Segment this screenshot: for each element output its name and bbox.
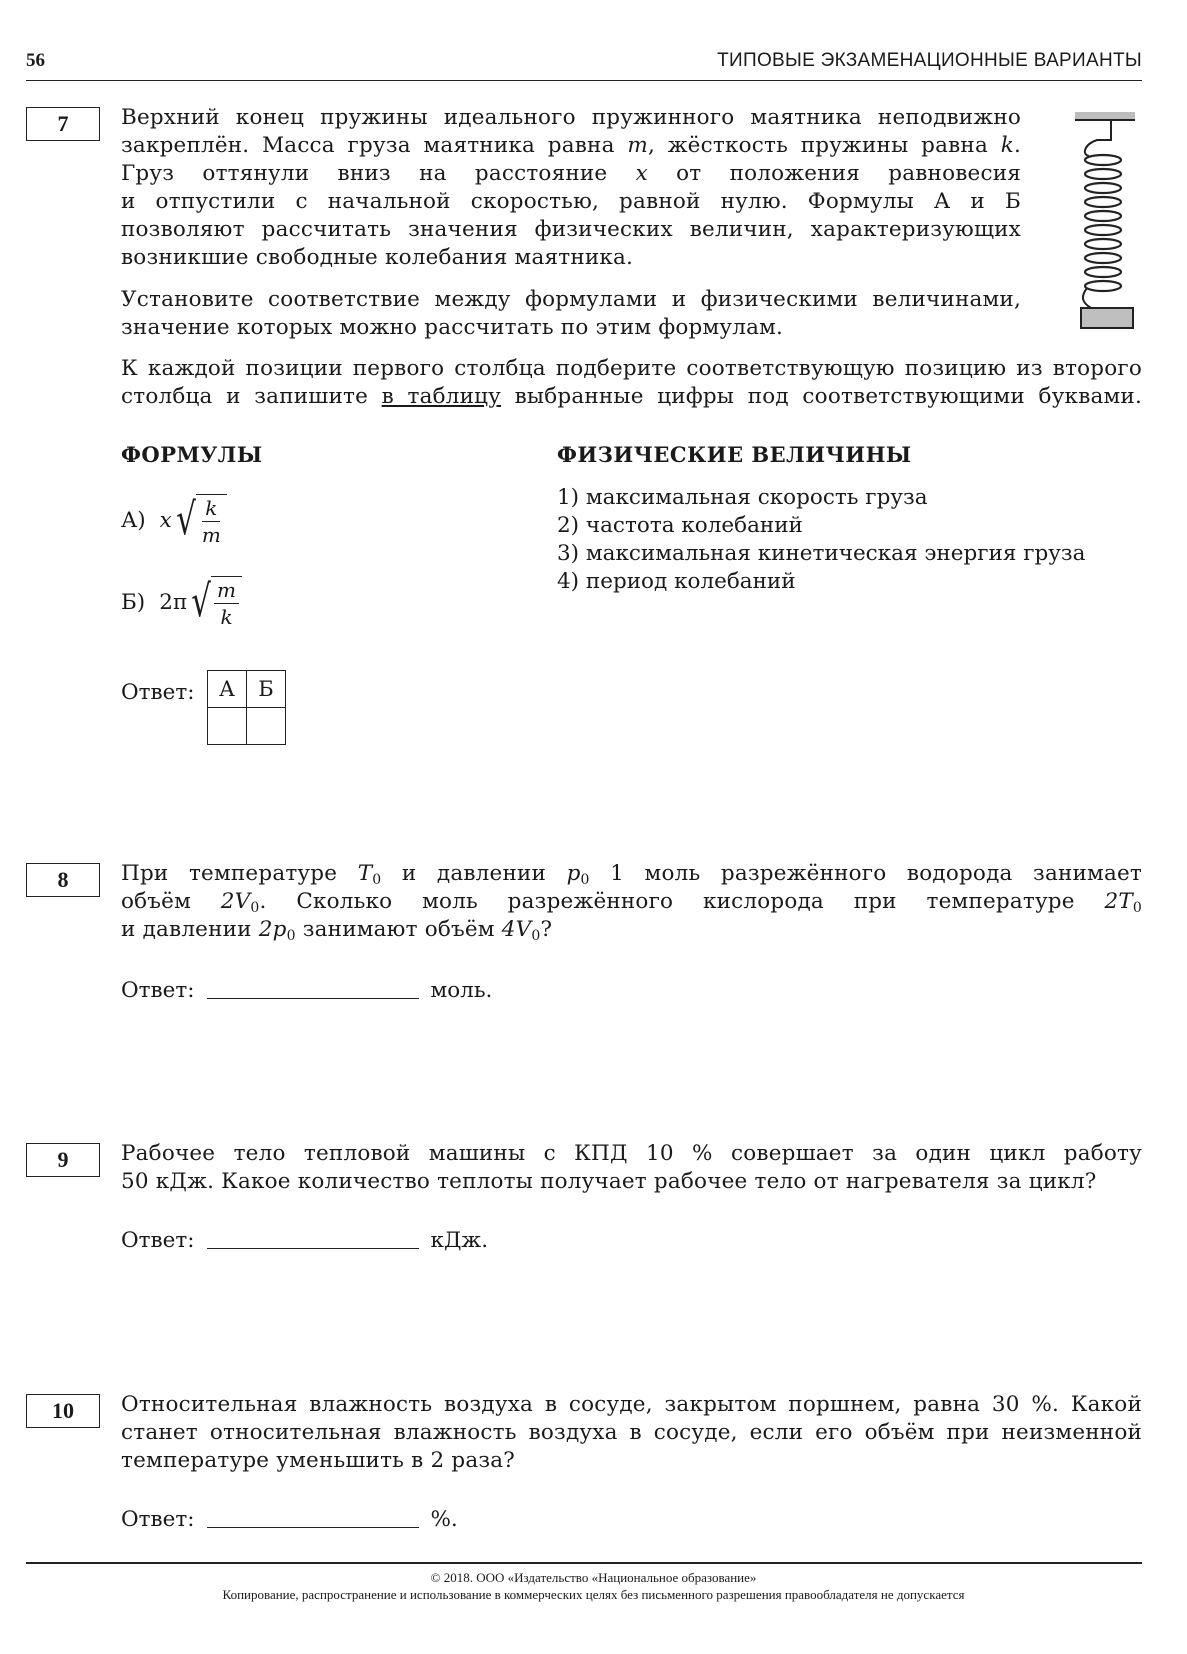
copyright-notice: © 2018. ООО «Издательство «Национальное … bbox=[0, 1570, 1187, 1586]
text-line: Установите соответствие между формулами … bbox=[121, 286, 1021, 314]
answer-label: Ответ: bbox=[121, 1228, 195, 1253]
task7-matching-instruction: К каждой позиции первого столбца подбери… bbox=[121, 355, 1142, 411]
text-line: объём 2V0. Сколько моль разрежённого кис… bbox=[121, 888, 1142, 916]
square-root: √ k m bbox=[172, 488, 227, 552]
text-line: и давлении 2p0 занимают объём 4V0? bbox=[121, 916, 1142, 944]
formula-b: Б) 2π √ m k bbox=[121, 570, 242, 634]
list-item: 4) период колебаний bbox=[557, 568, 1085, 596]
text-line: При температуре T0 и давлении p0 1 моль … bbox=[121, 860, 1142, 888]
text-line: К каждой позиции первого столбца подбери… bbox=[121, 355, 1142, 383]
answer-label: Ответ: bbox=[121, 680, 195, 705]
task-number-box: 9 bbox=[26, 1143, 100, 1177]
list-item: 2) частота колебаний bbox=[557, 512, 1085, 540]
answer-label: Ответ: bbox=[121, 1507, 195, 1532]
fraction: k m bbox=[196, 494, 227, 552]
header-divider bbox=[26, 80, 1142, 81]
text-line: и отпустили с начальной скоростью, равно… bbox=[121, 188, 1021, 216]
text-line: позволяют рассчитать значения физических… bbox=[121, 216, 1021, 244]
answer-unit: кДж. bbox=[431, 1228, 489, 1253]
text-line: 50 кДж. Какое количество теплоты получае… bbox=[121, 1168, 1142, 1196]
task10-answer: Ответ: %. bbox=[121, 1507, 458, 1532]
quantities-list: 1) максимальная скорость груза 2) частот… bbox=[557, 484, 1085, 596]
text-line: закреплён. Масса груза маятника равна m,… bbox=[121, 132, 1021, 160]
spring-pendulum-figure bbox=[1075, 108, 1135, 330]
answer-unit: моль. bbox=[431, 978, 493, 1003]
radical-icon: √ bbox=[191, 570, 211, 634]
task8-statement: При температуре T0 и давлении p0 1 моль … bbox=[121, 860, 1142, 944]
quantities-heading: ФИЗИЧЕСКИЕ ВЕЛИЧИНЫ bbox=[557, 442, 912, 467]
list-item: 3) максимальная кинетическая энергия гру… bbox=[557, 540, 1085, 568]
text-line: Груз оттянули вниз на расстояние x от по… bbox=[121, 160, 1021, 188]
formula-label: А) bbox=[121, 508, 146, 533]
answer-column-header: А bbox=[208, 671, 247, 708]
formulas-heading: ФОРМУЛЫ bbox=[121, 442, 263, 467]
text-line: станет относительная влажность воздуха в… bbox=[121, 1419, 1142, 1447]
task9-answer: Ответ: кДж. bbox=[121, 1228, 488, 1253]
answer-input-line[interactable] bbox=[207, 997, 419, 999]
answer-column-header: Б bbox=[247, 671, 286, 708]
formula-label: Б) bbox=[121, 590, 145, 615]
page-number: 56 bbox=[26, 50, 45, 72]
task-number-box: 10 bbox=[26, 1394, 100, 1428]
text-line: Относительная влажность воздуха в сосуде… bbox=[121, 1391, 1142, 1419]
formula-a: А) x √ k m bbox=[121, 488, 227, 552]
formula-prefix: x bbox=[160, 508, 172, 533]
answer-label: Ответ: bbox=[121, 978, 195, 1003]
text-line: столбца и запишите в таблицу выбранные ц… bbox=[121, 383, 1142, 411]
text-line: значение которых можно рассчитать по эти… bbox=[121, 314, 1021, 342]
usage-notice: Копирование, распространение и использов… bbox=[0, 1587, 1187, 1603]
fraction: m k bbox=[211, 576, 242, 634]
running-title: ТИПОВЫЕ ЭКЗАМЕНАЦИОННЫЕ ВАРИАНТЫ bbox=[717, 50, 1142, 72]
text-line: температуре уменьшить в 2 раза? bbox=[121, 1447, 1142, 1475]
task7-statement: Верхний конец пружины идеального пружинн… bbox=[121, 104, 1021, 272]
table-link[interactable]: в таблицу bbox=[382, 384, 501, 409]
answer-cell-a[interactable] bbox=[208, 708, 247, 745]
radical-icon: √ bbox=[176, 488, 196, 552]
task9-statement: Рабочее тело тепловой машины с КПД 10 % … bbox=[121, 1140, 1142, 1196]
square-root: √ m k bbox=[187, 570, 242, 634]
answer-table: А Б bbox=[207, 670, 286, 745]
answer-input-line[interactable] bbox=[207, 1247, 419, 1249]
task-number-box: 7 bbox=[26, 107, 100, 141]
text-line: Верхний конец пружины идеального пружинн… bbox=[121, 104, 1021, 132]
footer-divider bbox=[26, 1562, 1142, 1564]
task10-statement: Относительная влажность воздуха в сосуде… bbox=[121, 1391, 1142, 1475]
task7-instruction: Установите соответствие между формулами … bbox=[121, 286, 1021, 342]
answer-cell-b[interactable] bbox=[247, 708, 286, 745]
formula-prefix: 2π bbox=[159, 590, 187, 615]
answer-unit: %. bbox=[431, 1507, 458, 1532]
task-number-box: 8 bbox=[26, 863, 100, 897]
text-line: возникшие свободные колебания маятника. bbox=[121, 244, 1021, 272]
text-line: Рабочее тело тепловой машины с КПД 10 % … bbox=[121, 1140, 1142, 1168]
task8-answer: Ответ: моль. bbox=[121, 978, 492, 1003]
list-item: 1) максимальная скорость груза bbox=[557, 484, 1085, 512]
answer-input-line[interactable] bbox=[207, 1526, 419, 1528]
